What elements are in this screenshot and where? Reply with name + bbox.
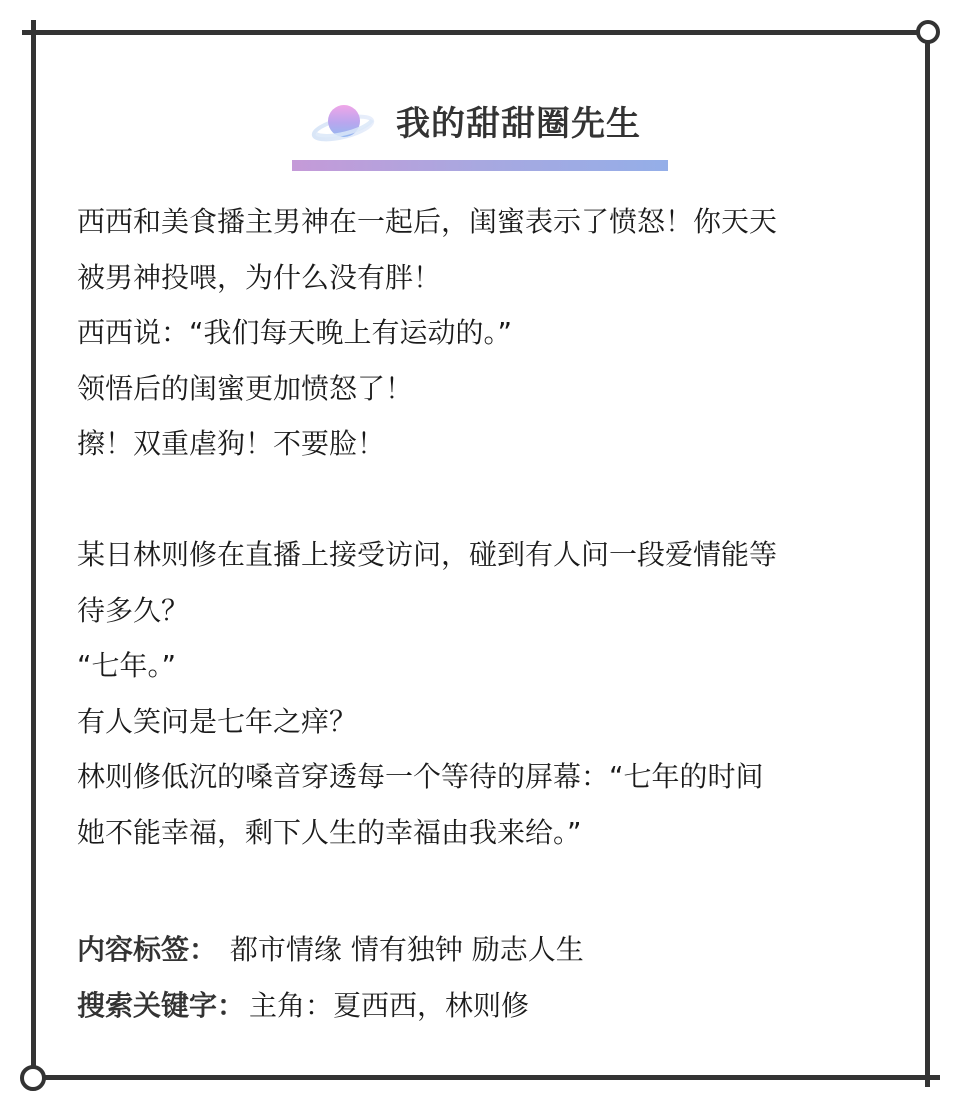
paragraph-line: 被男神投喂，为什么没有胖！ bbox=[77, 250, 897, 306]
paragraph-line: 她不能幸福，剩下人生的幸福由我来给。” bbox=[77, 805, 897, 861]
paragraph-line: 某日林则修在直播上接受访问，碰到有人问一段爱情能等 bbox=[77, 527, 897, 583]
title-underline-bar bbox=[292, 160, 668, 171]
paragraph-line: 西西说：“我们每天晚上有运动的。” bbox=[77, 305, 897, 361]
frame-right-line bbox=[925, 33, 930, 1087]
keywords-value: 主角：夏西西，林则修 bbox=[249, 989, 529, 1022]
tags-row: 内容标签： 都市情缘 情有独钟 励志人生 bbox=[77, 922, 584, 978]
paragraph-spacer bbox=[77, 472, 897, 528]
planet-icon bbox=[310, 100, 376, 146]
keywords-row: 搜索关键字：主角：夏西西，林则修 bbox=[77, 978, 584, 1034]
page-title: 我的甜甜圈先生 bbox=[396, 100, 641, 148]
tags-label: 内容标签： bbox=[77, 933, 217, 966]
keywords-label: 搜索关键字： bbox=[77, 989, 245, 1022]
tags-value: 都市情缘 情有独钟 励志人生 bbox=[221, 933, 584, 966]
meta-info: 内容标签： 都市情缘 情有独钟 励志人生 搜索关键字：主角：夏西西，林则修 bbox=[77, 922, 584, 1034]
frame-left-line bbox=[31, 20, 36, 1078]
paragraph-line: 西西和美食播主男神在一起后，闺蜜表示了愤怒！你天天 bbox=[77, 194, 897, 250]
paragraph-line: 擦！双重虐狗！不要脸！ bbox=[77, 416, 897, 472]
story-body: 西西和美食播主男神在一起后，闺蜜表示了愤怒！你天天 被男神投喂，为什么没有胖！ … bbox=[77, 194, 897, 860]
frame-top-line bbox=[22, 30, 928, 35]
frame-bottom-line bbox=[33, 1075, 940, 1080]
frame-corner-circle-icon bbox=[916, 20, 940, 44]
paragraph-line: 待多久？ bbox=[77, 583, 897, 639]
paragraph-line: “七年。” bbox=[77, 638, 897, 694]
paragraph-line: 有人笑问是七年之痒？ bbox=[77, 694, 897, 750]
frame-corner-circle-icon bbox=[20, 1065, 46, 1091]
header: 我的甜甜圈先生 bbox=[300, 96, 680, 156]
paragraph-line: 领悟后的闺蜜更加愤怒了！ bbox=[77, 361, 897, 417]
paragraph-line: 林则修低沉的嗓音穿透每一个等待的屏幕：“七年的时间 bbox=[77, 749, 897, 805]
